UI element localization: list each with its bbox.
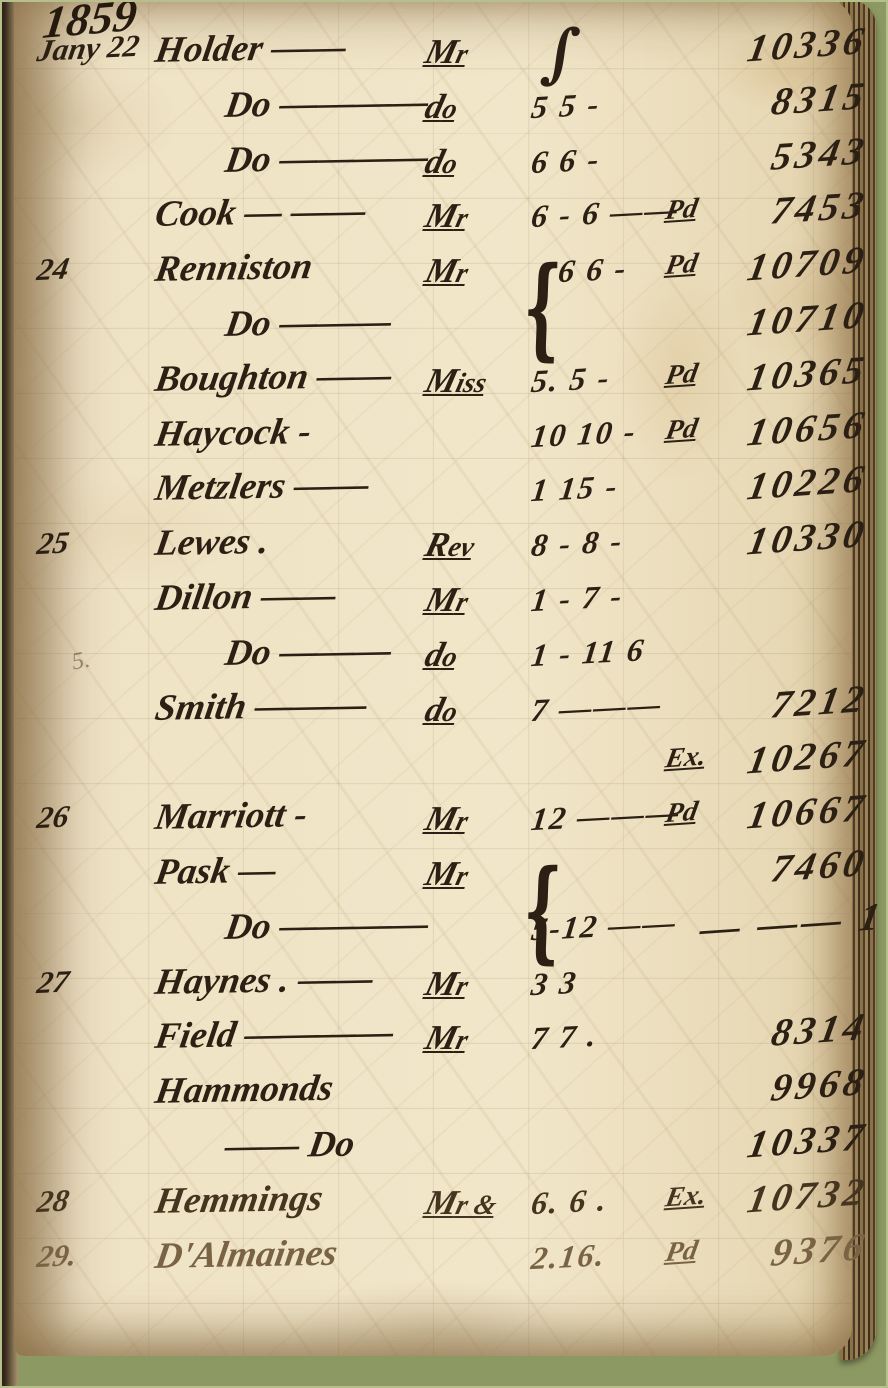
entry-serial: 7212 [697,676,872,732]
entry-serial: 10732 [697,1169,872,1225]
ledger-row: Hammonds 9968 [14,1067,852,1122]
entry-serial: 10710 [697,292,872,348]
entry-paid-mark: Pd [663,413,700,447]
entry-date: 28 [35,1178,160,1220]
entry-paid-mark: Pd [663,193,700,227]
entry-title: Rev [421,525,479,565]
entry-name: Do ——— [222,297,560,346]
entry-serial: 5343 [697,128,872,184]
entry-date: 24 [35,246,160,288]
year-heading: 1859 [40,0,140,49]
entry-serial: 10365 [697,347,872,403]
entry-amount: 8 - 8 - [529,519,695,564]
entry-serial: 7460 [697,840,872,896]
ledger-row: Haycock - 10 10 - Pd 10656 [14,410,852,465]
entry-name: Metzlers —— [152,462,490,511]
entry-serial: 10337 [697,1114,872,1170]
entry-title: Mr & [421,1183,502,1223]
entry-serial: 7453 [697,183,872,239]
entry-name: Do ———— [222,133,560,182]
ledger-row: Field ———— Mr 7 7 . 8314 [14,1012,852,1067]
ledger-row: Boughton —— Miss 5. 5 - Pd 10365 [14,355,852,410]
entry-title: Miss [421,361,492,401]
entry-amount: 1 15 - [529,464,695,509]
entry-serial: 9968 [697,1060,872,1116]
entry-name: D'Almaines [152,1229,490,1278]
entry-serial: 8314 [697,1005,872,1061]
entry-date: 25 [35,520,160,562]
ledger-row: —— Do 10337 [14,1122,852,1177]
brace-stroke: { [521,243,563,372]
entry-paid-mark: Pd [663,248,700,282]
brace-stroke: { [521,846,563,975]
entry-name: Do ———— [222,900,560,949]
ledger-row: 24 Renniston Mr { 6 6 - Pd 10709 [14,245,852,300]
entry-serial: 10267 [697,731,872,787]
entry-date: 26 [35,794,160,836]
entry-paid-mark: Pd [663,358,700,392]
ledger-row: Do ———— do 5 5 - 8315 [14,81,852,136]
entry-amount: 1 - 11 6 [529,629,695,674]
ledger-row: Do ——— do 1 - 11 6 [14,629,852,684]
ledger-row: 29. D'Almaines 2.16. Pd 9376 [14,1232,852,1287]
entry-name: —— Do [222,1119,560,1168]
ledger-row: Smith ——— do 7 ——— 7212 [14,684,852,739]
entry-serial: 8315 [697,73,872,129]
entry-amount: 5 5 - [529,81,695,126]
entry-amount: 1 - 7 - [529,574,695,619]
ledger-row: 25 Lewes . Rev 8 - 8 - 10330 [14,519,852,574]
entry-serial: 10336 [697,18,872,74]
ledger-row: 27 Haynes . —— Mr 3 3 [14,958,852,1013]
entry-paid-mark: Pd [663,1235,700,1269]
entry-amount: 7 7 . [529,1012,695,1057]
scanned-ledger-photo: { "ledger": { "year": "1859", "margin_ma… [0,0,888,1388]
ledger-row: Do ———— do 6 6 - 5343 [14,136,852,191]
entry-paid-mark: Pd [663,796,700,830]
entry-amount: 7 ——— [529,683,695,728]
ledger-row: Cook — —— Mr 6 - 6 —— Pd 7453 [14,190,852,245]
ledger-row: Metzlers —— 1 15 - 10226 [14,464,852,519]
ledger-row: Ex. 10267 [14,738,852,793]
entry-name: Do ——— [222,626,560,675]
entry-serial: — —— 1 [697,895,872,951]
ledger-entries: Jany 22 Holder —— Mr ∫ 10336 Do ———— do … [14,0,852,1356]
entry-serial: 10330 [697,512,872,568]
entry-serial: 9376 [697,1224,872,1280]
entry-date: 29. [35,1233,160,1275]
ledger-row: Pask — Mr { 7460 [14,848,852,903]
entry-serial: 10656 [697,402,872,458]
ledger-row: Do ——— 10710 [14,300,852,355]
ledger-row: 26 Marriott - Mr 12 ——— Pd 10667 [14,793,852,848]
entry-amount: 6 6 - [529,135,695,180]
ledger-row: 28 Hemmings Mr & 6. 6 . Ex. 10732 [14,1177,852,1232]
ledger-row: Jany 22 Holder —— Mr ∫ 10336 [14,26,852,81]
entry-serial: 10667 [697,786,872,842]
entry-name: Do ———— [222,78,560,127]
ledger-row: Do ———— 5-12 —— — —— 1 [14,903,852,958]
ledger-page: 1859 5. Jany 22 Holder —— Mr ∫ 10336 Do … [14,0,852,1356]
entry-name: Haycock - [152,407,490,456]
entry-name: Hammonds [152,1064,490,1113]
entry-serial: 10226 [697,457,872,513]
entry-date: 27 [35,959,160,1001]
ledger-row: Dillon —— Mr 1 - 7 - [14,574,852,629]
entry-serial: 10709 [697,238,872,294]
